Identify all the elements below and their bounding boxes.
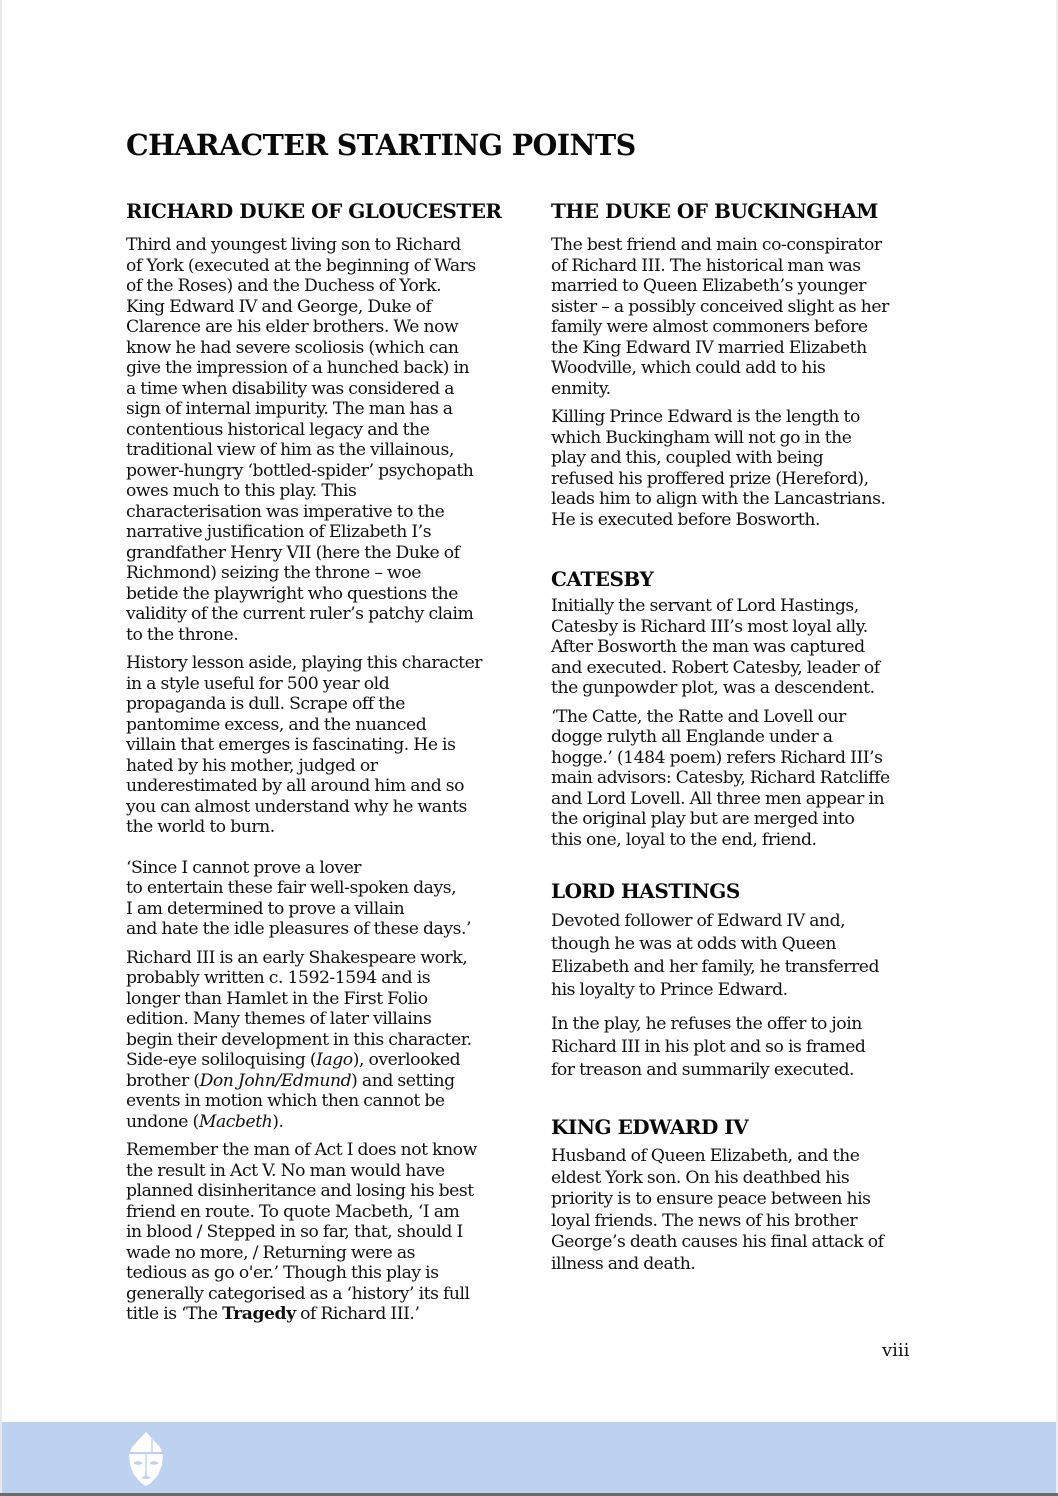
richard-paragraph-1: Third and youngest living son to Richard… [126, 235, 516, 645]
richard-quote: ‘Since I cannot prove a lover to enterta… [126, 858, 516, 940]
buckingham-paragraph-2: Killing Prince Edward is the length to w… [551, 407, 941, 530]
theatre-mask-icon [127, 1431, 165, 1487]
section-heading-catesby: CATESBY [551, 566, 941, 592]
section-hastings: LORD HASTINGS Devoted follower of Edward… [551, 878, 941, 1082]
catesby-paragraph-2: ‘The Catte, the Ratte and Lovell our dog… [551, 707, 941, 851]
section-buckingham: THE DUKE OF BUCKINGHAM The best friend a… [551, 198, 941, 530]
page-left-edge [0, 0, 2, 1496]
richard-paragraph-4: Remember the man of Act I does not know … [126, 1140, 516, 1325]
text-run: Remember the man of Act I does not know … [126, 1140, 477, 1324]
catesby-paragraph-1: Initially the servant of Lord Hastings, … [551, 596, 941, 699]
section-heading-buckingham: THE DUKE OF BUCKINGHAM [551, 198, 941, 224]
text-run: ). [272, 1112, 283, 1132]
section-catesby: CATESBY Initially the servant of Lord Ha… [551, 566, 941, 850]
edward-paragraph-1: Husband of Queen Elizabeth, and the elde… [551, 1146, 941, 1275]
right-column: THE DUKE OF BUCKINGHAM The best friend a… [551, 198, 941, 1275]
hastings-paragraph-2: In the play, he refuses the offer to joi… [551, 1013, 941, 1082]
bold-tragedy: Tragedy [222, 1304, 296, 1324]
section-heading-edward: KING EDWARD IV [551, 1114, 941, 1140]
section-heading-richard: RICHARD DUKE OF GLOUCESTER [126, 198, 516, 224]
richard-paragraph-2: History lesson aside, playing this chara… [126, 653, 516, 838]
buckingham-paragraph-1: The best friend and main co-conspirator … [551, 235, 941, 399]
page-title: CHARACTER STARTING POINTS [126, 128, 636, 162]
left-column: RICHARD DUKE OF GLOUCESTER Third and you… [126, 198, 516, 1325]
italic-iago: Iago [316, 1050, 353, 1070]
italic-macbeth: Macbeth [199, 1112, 272, 1132]
italic-don-john-edmund: Don John/Edmund [200, 1071, 352, 1091]
section-richard: RICHARD DUKE OF GLOUCESTER Third and you… [126, 198, 516, 1325]
hastings-paragraph-1: Devoted follower of Edward IV and, thoug… [551, 910, 941, 1002]
text-run: of Richard III.’ [296, 1304, 420, 1324]
section-edward: KING EDWARD IV Husband of Queen Elizabet… [551, 1114, 941, 1275]
page-number: viii [882, 1340, 909, 1361]
richard-paragraph-3: Richard III is an early Shakespeare work… [126, 948, 516, 1133]
section-heading-hastings: LORD HASTINGS [551, 878, 941, 904]
